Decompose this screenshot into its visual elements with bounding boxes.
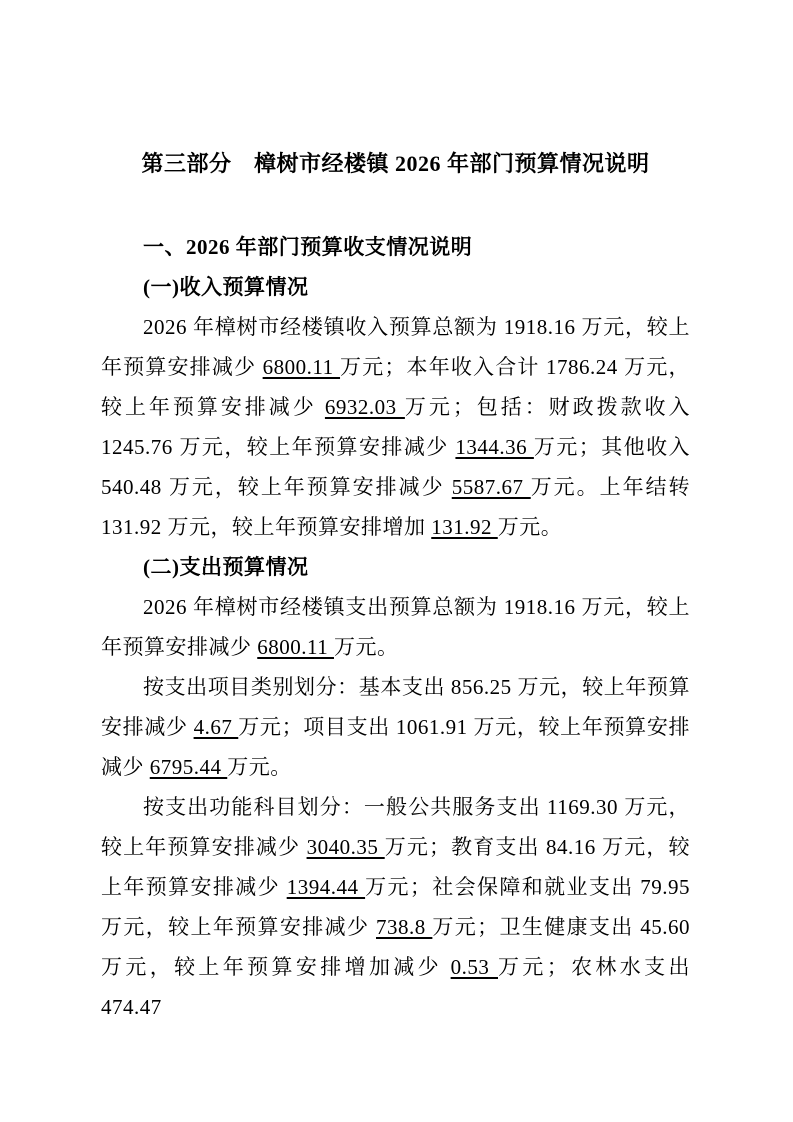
text-run: 万元。	[334, 635, 399, 659]
underlined-number: 131.92	[431, 515, 498, 539]
document-title: 第三部分 樟树市经楼镇 2026 年部门预算情况说明	[101, 147, 690, 181]
underlined-number: 0.53	[451, 955, 498, 979]
underlined-number: 6800.11	[263, 355, 340, 379]
document-page: 第三部分 樟树市经楼镇 2026 年部门预算情况说明 一、2026 年部门预算收…	[0, 0, 793, 1122]
underlined-number: 6800.11	[257, 635, 334, 659]
body-paragraph: 按支出功能科目划分：一般公共服务支出 1169.30 万元，较上年预算安排减少 …	[101, 787, 690, 1027]
body-paragraph: 按支出项目类别划分：基本支出 856.25 万元，较上年预算安排减少 4.67 …	[101, 667, 690, 787]
text-run: 万元。	[498, 515, 563, 539]
underlined-number: 3040.35	[307, 835, 385, 859]
document-body: 第三部分 樟树市经楼镇 2026 年部门预算情况说明 一、2026 年部门预算收…	[101, 147, 690, 1027]
document-sections: 一、2026 年部门预算收支情况说明(一)收入预算情况2026 年樟树市经楼镇收…	[101, 227, 690, 1027]
body-paragraph: 2026 年樟树市经楼镇收入预算总额为 1918.16 万元，较上年预算安排减少…	[101, 307, 690, 547]
underlined-number: 1344.36	[455, 435, 533, 459]
underlined-number: 738.8	[376, 915, 432, 939]
underlined-number: 5587.67	[452, 475, 531, 499]
underlined-number: 4.67	[194, 715, 239, 739]
underlined-number: 6795.44	[150, 755, 228, 779]
underlined-number: 1394.44	[287, 875, 365, 899]
body-paragraph: 2026 年樟树市经楼镇支出预算总额为 1918.16 万元，较上年预算安排减少…	[101, 587, 690, 667]
text-run: 万元。	[227, 755, 292, 779]
section-heading-2: (一)收入预算情况	[101, 267, 690, 307]
section-heading-1: 一、2026 年部门预算收支情况说明	[101, 227, 690, 267]
underlined-number: 6932.03	[325, 395, 405, 419]
section-heading-2: (二)支出预算情况	[101, 547, 690, 587]
